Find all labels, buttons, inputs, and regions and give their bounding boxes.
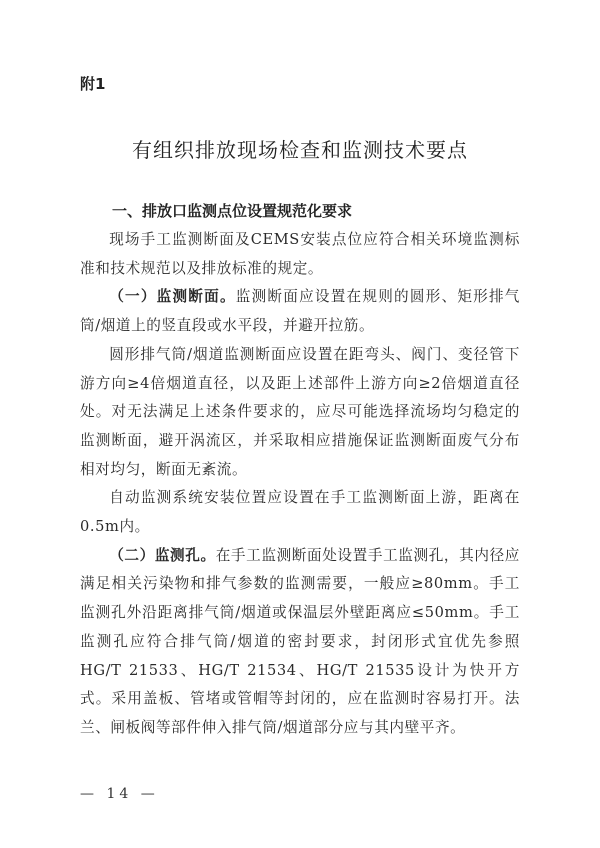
paragraph-lead: （二）监测孔。 bbox=[109, 547, 216, 564]
paragraph-text: 自动监测系统安装位置应设置在手工监测断面上游，距离在0.5m内。 bbox=[80, 489, 520, 535]
paragraph-text: 现场手工监测断面及CEMS安装点位应符合相关环境监测标准和技术规范以及排放标准的… bbox=[80, 231, 520, 277]
paragraph-5: （二）监测孔。在手工监测断面处设置手工监测孔，其内径应满足相关污染物和排气参数的… bbox=[80, 542, 520, 743]
paragraph-4: 自动监测系统安装位置应设置在手工监测断面上游，距离在0.5m内。 bbox=[80, 484, 520, 541]
document-title: 有组织排放现场检查和监测技术要点 bbox=[0, 134, 600, 163]
paragraph-text: 圆形排气筒/烟道监测断面应设置在距弯头、阀门、变径管下游方向≥4倍烟道直径，以及… bbox=[80, 346, 520, 478]
paragraph-lead: （一）监测断面。 bbox=[109, 288, 236, 305]
page-number: — 14 — bbox=[80, 786, 159, 802]
attachment-label: 附1 bbox=[80, 73, 105, 94]
paragraph-1: 现场手工监测断面及CEMS安装点位应符合相关环境监测标准和技术规范以及排放标准的… bbox=[80, 226, 520, 283]
document-body: 现场手工监测断面及CEMS安装点位应符合相关环境监测标准和技术规范以及排放标准的… bbox=[80, 226, 520, 743]
paragraph-2: （一）监测断面。监测断面应设置在规则的圆形、矩形排气筒/烟道上的竖直段或水平段，… bbox=[80, 283, 520, 340]
section-heading: 一、排放口监测点位设置规范化要求 bbox=[112, 200, 352, 221]
paragraph-3: 圆形排气筒/烟道监测断面应设置在距弯头、阀门、变径管下游方向≥4倍烟道直径，以及… bbox=[80, 341, 520, 485]
paragraph-text: 在手工监测断面处设置手工监测孔，其内径应满足相关污染物和排气参数的监测需要，一般… bbox=[80, 547, 520, 736]
